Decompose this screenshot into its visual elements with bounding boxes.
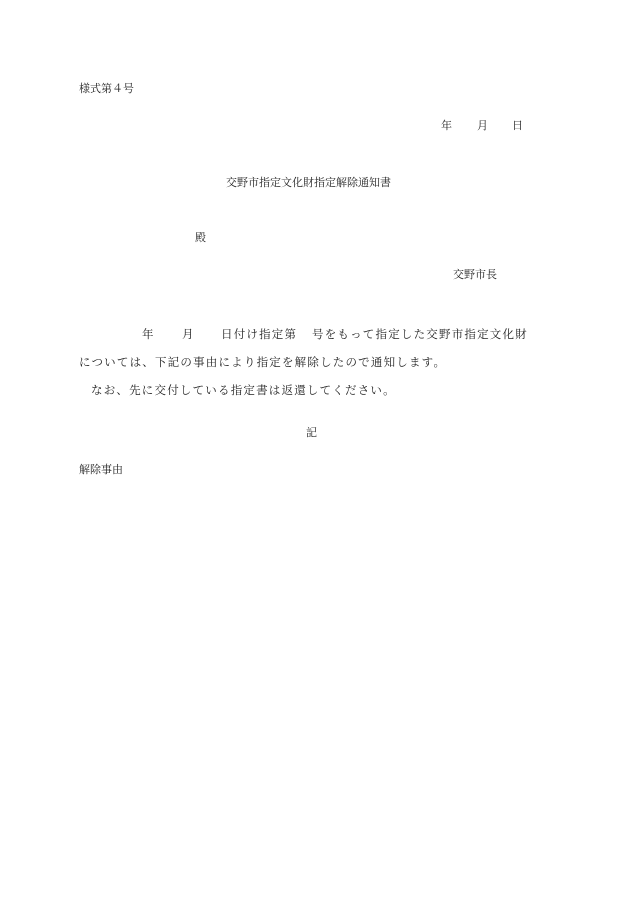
body-line-3: なお、先に交付している指定書は返還してください。 bbox=[91, 383, 396, 397]
body-month-label: 月 bbox=[182, 327, 195, 341]
document-title: 交野市指定文化財指定解除通知書 bbox=[226, 176, 391, 190]
body-line-2: については、下記の事由により指定を解除したので通知します。 bbox=[79, 355, 446, 369]
date-day-label: 日 bbox=[512, 119, 523, 133]
body-year-label: 年 bbox=[142, 327, 155, 341]
issuer-name: 交野市長 bbox=[453, 268, 497, 282]
addressee-suffix: 殿 bbox=[195, 231, 206, 245]
reason-label: 解除事由 bbox=[79, 463, 123, 477]
date-year-label: 年 bbox=[441, 119, 452, 133]
body-text-b: 号をもって指定した交野市指定文化財 bbox=[312, 327, 528, 341]
form-number: 様式第４号 bbox=[79, 82, 134, 96]
body-text-a: 日付け指定第 bbox=[221, 327, 297, 341]
ki-heading: 記 bbox=[306, 426, 317, 440]
date-month-label: 月 bbox=[477, 119, 488, 133]
